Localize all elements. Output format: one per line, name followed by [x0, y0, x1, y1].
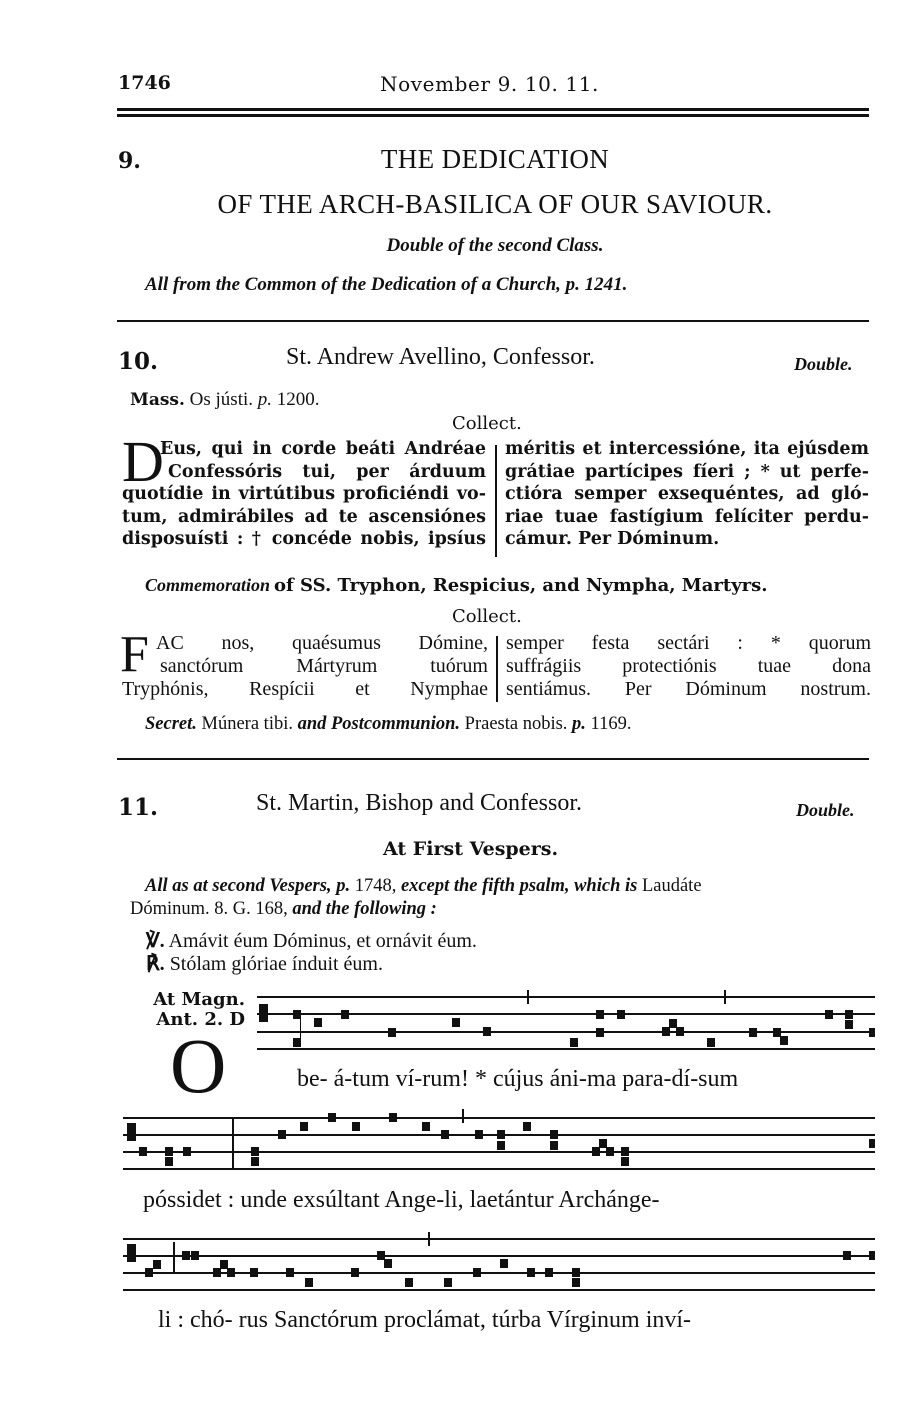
neume: [473, 1268, 481, 1277]
staff-line: [123, 1151, 875, 1153]
quarter-bar: [724, 990, 726, 1004]
neume: [341, 1010, 349, 1019]
instruction-line-2: Dóminum. 8. G. 168, and the following :: [130, 899, 437, 920]
feast-title: St. Andrew Avellino, Confessor.: [286, 344, 595, 371]
psalm-reference: Dóminum. 8. G. 168,: [130, 899, 288, 919]
custos-icon: [869, 1028, 875, 1037]
collect2-left-column: AC nos, quaésumus Dómine, sanctórum Márt…: [122, 632, 488, 701]
lyric-line: póssidet : unde exsúltant Ange-li, laetá…: [143, 1187, 660, 1214]
neume: [300, 1122, 308, 1131]
feast-title: St. Martin, Bishop and Confessor.: [256, 790, 582, 817]
collect-line: Eus, qui in corde beáti Andréae: [122, 438, 486, 461]
staff-line: [257, 1031, 875, 1033]
secret-postcommunion-line: Secret. Múnera tibi. and Postcommunion. …: [145, 714, 632, 735]
neume: [497, 1130, 505, 1139]
instruction-text: All as at second Vespers,: [145, 876, 332, 896]
neume: [405, 1278, 413, 1287]
neume: [475, 1130, 483, 1139]
commemoration-text: of SS. Tryphon, Respicius, and Nympha, M…: [274, 575, 768, 596]
neume: [617, 1010, 625, 1019]
collect-line: suffrágiis protectiónis tuae dona: [506, 655, 871, 678]
neume: [251, 1157, 259, 1166]
neume: [183, 1147, 191, 1156]
postcommunion-label: and Postcommunion.: [298, 714, 460, 734]
neume: [825, 1010, 833, 1019]
neume: [621, 1157, 629, 1166]
collect2-right-column: semper festa sectári : * quorum suffrági…: [506, 632, 871, 701]
commemoration-line: Commemoration of SS. Tryphon, Respicius,…: [145, 575, 768, 596]
neume: [352, 1122, 360, 1131]
collect-line: riae tuae fastígium felíciter perdu-: [505, 506, 869, 529]
neume: [570, 1038, 578, 1047]
staff-line: [123, 1289, 875, 1291]
instruction-text: and the following :: [292, 899, 436, 919]
neume: [286, 1268, 294, 1277]
commemoration-label: Commemoration: [145, 575, 270, 595]
neume: [550, 1130, 558, 1139]
neume: [523, 1122, 531, 1131]
chant-staff-1: [257, 996, 875, 1052]
quarter-bar: [428, 1232, 430, 1246]
neume: [572, 1268, 580, 1277]
neume: [165, 1147, 173, 1156]
collect-line: Tryphónis, Respícii et Nymphae: [122, 678, 488, 701]
staff-line: [257, 996, 875, 998]
collect-right-column: méritis et intercessióne, ita ejúsdem gr…: [505, 438, 869, 551]
neume: [351, 1268, 359, 1277]
neume: [497, 1141, 505, 1150]
response: ℟. Stólam glóriae índuit éum.: [146, 951, 383, 976]
page-prefix: p.: [258, 389, 272, 410]
feast-rank: Double.: [794, 354, 853, 375]
secret-label: Secret.: [145, 714, 197, 734]
custos-icon: [869, 1139, 875, 1148]
collect-heading: Collect.: [452, 606, 522, 627]
collect-line: semper festa sectári : * quorum: [506, 632, 871, 655]
neume: [596, 1010, 604, 1019]
collect-line: méritis et intercessióne, ita ejúsdem: [505, 438, 869, 461]
neume: [749, 1028, 757, 1037]
neume: [596, 1028, 604, 1037]
response-icon: ℟.: [146, 953, 165, 975]
collect-left-column: Eus, qui in corde beáti Andréae Confessó…: [122, 438, 486, 551]
page-number: 1746: [118, 72, 171, 94]
neume: [227, 1268, 235, 1277]
neume: [572, 1278, 580, 1287]
collect-line: AC nos, quaésumus Dómine,: [122, 632, 488, 655]
quarter-bar: [462, 1109, 464, 1123]
staff-line: [123, 1272, 875, 1274]
collect-heading: Collect.: [452, 413, 522, 434]
neume: [389, 1113, 397, 1122]
staff-line: [257, 1048, 875, 1050]
header-rule-bottom: [117, 114, 869, 117]
do-clef-icon: [127, 1244, 136, 1262]
chant-staff-2: [123, 1117, 875, 1171]
collect-line: sentiámus. Per Dóminum nostrum.: [506, 678, 871, 701]
mass-label: Mass.: [130, 390, 185, 410]
instruction-text: except the fifth psalm, which is: [401, 876, 637, 896]
neume-stem: [300, 1012, 301, 1042]
feast-rank: Double.: [796, 800, 855, 821]
feast-rank: Double of the second Class.: [0, 235, 900, 257]
neume: [452, 1018, 460, 1027]
antiphon-initial: O: [170, 1026, 226, 1106]
instruction-page: 1748,: [355, 876, 397, 896]
staff-line: [123, 1255, 875, 1257]
secret-incipit: Múnera tibi.: [202, 714, 293, 734]
custos-icon: [869, 1251, 875, 1260]
collect-line: quotídie in virtútibus proficiéndi vo-: [122, 483, 486, 506]
do-clef-icon: [259, 1004, 268, 1022]
neume: [278, 1130, 286, 1139]
lyric-line: li : chó- rus Sanctórum proclámat, túrba…: [158, 1307, 691, 1334]
collect-line: cámur. Per Dóminum.: [505, 528, 869, 551]
neume: [328, 1113, 336, 1122]
running-title: November 9. 10. 11.: [380, 72, 599, 96]
neume: [213, 1268, 221, 1277]
page-prefix: p.: [572, 714, 586, 734]
neume: [251, 1147, 259, 1156]
neume: [305, 1278, 313, 1287]
section-divider: [117, 758, 869, 760]
feast-title-line1: THE DEDICATION: [0, 144, 900, 175]
versicle-icon: ℣.: [146, 930, 165, 952]
neume: [314, 1018, 322, 1027]
do-clef-icon: [127, 1123, 136, 1141]
neume: [191, 1251, 199, 1260]
collect-line: grátiae partícipes fíeri ; * ut perfe-: [505, 461, 869, 484]
chant-staff-3: [123, 1238, 875, 1292]
staff-line: [123, 1117, 875, 1119]
neume: [843, 1251, 851, 1260]
header-rule-top: [117, 108, 869, 111]
collect-line: ctióra semper exsequéntes, ad gló-: [505, 483, 869, 506]
neume: [662, 1027, 670, 1036]
neume: [845, 1020, 853, 1029]
lyric-line: be- á-tum ví-rum! * cújus áni-ma para-dí…: [297, 1066, 738, 1093]
neume: [422, 1122, 430, 1131]
page-prefix: p.: [336, 876, 350, 896]
half-bar: [173, 1242, 175, 1272]
mass-incipit: Os jústi.: [190, 389, 253, 410]
collect-line: Confessóris tui, per árduum: [122, 461, 486, 484]
neume: [139, 1147, 147, 1156]
vespers-heading: At First Vespers.: [383, 838, 558, 860]
collect-line: tum, admirábiles ad te ascensiónes: [122, 506, 486, 529]
neume: [545, 1268, 553, 1277]
neume: [676, 1027, 684, 1036]
neume: [441, 1130, 449, 1139]
instruction-line-1: All as at second Vespers, p. 1748, excep…: [145, 876, 702, 897]
feast-number: 10.: [118, 348, 158, 375]
versicle: ℣. Amávit éum Dóminus, et ornávit éum.: [146, 928, 477, 953]
full-bar: [232, 1117, 234, 1169]
neume: [527, 1268, 535, 1277]
psalm-incipit: Laudáte: [642, 876, 702, 896]
mass-line: Mass. Os jústi. p. 1200.: [130, 389, 320, 411]
postcommunion-incipit: Praesta nobis.: [465, 714, 568, 734]
neume: [153, 1260, 161, 1269]
staff-line: [123, 1238, 875, 1240]
neume: [444, 1278, 452, 1287]
quarter-bar: [527, 990, 529, 1004]
staff-line: [123, 1168, 875, 1170]
column-divider: [496, 636, 498, 702]
collect-line: sanctórum Mártyrum tuórum: [122, 655, 488, 678]
mass-page: 1200.: [277, 389, 320, 410]
neume: [606, 1147, 614, 1156]
antiphon-label-line1: At Magn.: [133, 990, 245, 1010]
postcommunion-page: 1169.: [591, 714, 632, 734]
neume: [845, 1010, 853, 1019]
neume: [707, 1038, 715, 1047]
neume: [780, 1036, 788, 1045]
collect-line: disposuísti : † concéde nobis, ipsíus: [122, 528, 486, 551]
neume: [165, 1157, 173, 1166]
neume: [384, 1259, 392, 1268]
neume: [145, 1268, 153, 1277]
neume: [483, 1027, 491, 1036]
neume: [250, 1268, 258, 1277]
section-divider: [117, 320, 869, 322]
neume: [592, 1147, 600, 1156]
neume: [388, 1028, 396, 1037]
staff-line: [257, 1013, 875, 1015]
feast-title-line2: OF THE ARCH-BASILICA OF OUR SAVIOUR.: [0, 189, 900, 220]
neume: [182, 1251, 190, 1260]
feast-note: All from the Common of the Dedication of…: [145, 274, 627, 296]
response-text: Stólam glóriae índuit éum.: [170, 953, 383, 975]
column-divider: [495, 445, 497, 557]
versicle-text: Amávit éum Dóminus, et ornávit éum.: [169, 930, 477, 952]
neume: [550, 1141, 558, 1150]
neume: [621, 1147, 629, 1156]
feast-number: 11.: [118, 794, 158, 821]
neume: [500, 1259, 508, 1268]
